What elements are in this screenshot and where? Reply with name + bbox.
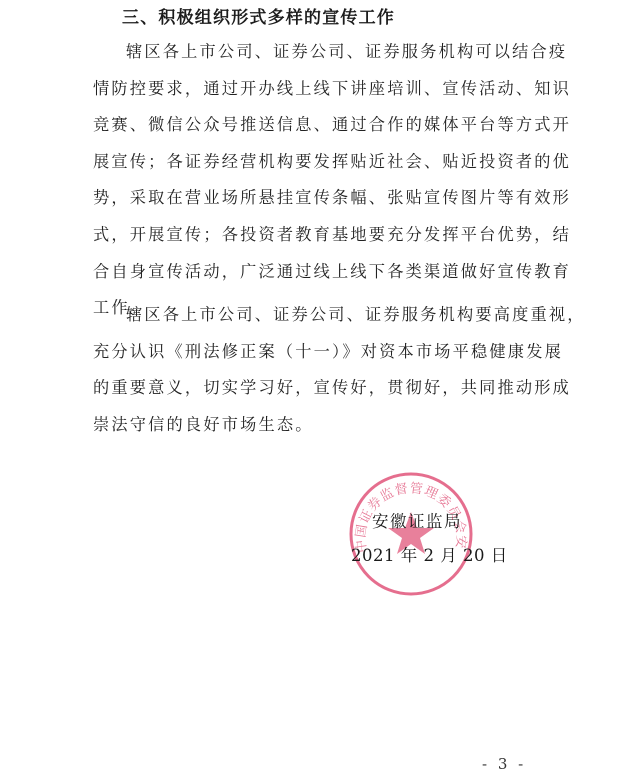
paragraph-line: 展宣传；各证券经营机构要发挥贴近社会、贴近投资者的优 xyxy=(93,144,525,181)
paragraph-line: 势，采取在营业场所悬挂宣传条幅、张贴宣传图片等有效形 xyxy=(93,180,525,217)
seal-icon: 中国证券监督管理委员会安徽监管局 xyxy=(347,470,475,598)
paragraph-line: 式，开展宣传；各投资者教育基地要充分发挥平台优势，结 xyxy=(93,217,525,254)
section-heading: 三、积极组织形式多样的宣传工作 xyxy=(122,3,395,28)
paragraph-line: 合自身宣传活动，广泛通过线上线下各类渠道做好宣传教育 xyxy=(93,254,525,291)
paragraph-line: 竞赛、微信公众号推送信息、通过合作的媒体平台等方式开 xyxy=(93,107,525,144)
paragraph-line: 辖区各上市公司、证券公司、证券服务机构要高度重视， xyxy=(93,297,525,334)
page-number: - 3 - xyxy=(482,755,526,773)
paragraph-line: 充分认识《刑法修正案（十一）》对资本市场平稳健康发展 xyxy=(93,334,525,371)
paragraph-line: 崇法守信的良好市场生态。 xyxy=(93,407,525,444)
paragraph-promotion-methods: 辖区各上市公司、证券公司、证券服务机构可以结合疫 情防控要求，通过开办线上线下讲… xyxy=(93,34,525,327)
paragraph-line: 的重要意义，切实学习好，宣传好，贯彻好，共同推动形成 xyxy=(93,370,525,407)
issue-date: 2021 年 2 月 20 日 xyxy=(351,542,508,566)
paragraph-conclusion: 辖区各上市公司、证券公司、证券服务机构要高度重视， 充分认识《刑法修正案（十一）… xyxy=(93,297,525,443)
paragraph-line: 情防控要求，通过开办线上线下讲座培训、宣传活动、知识 xyxy=(93,71,525,108)
issuer-name: 安徽证监局 xyxy=(372,508,462,532)
official-seal-stamp: 中国证券监督管理委员会安徽监管局 xyxy=(347,470,475,598)
document-page: 三、积极组织形式多样的宣传工作 辖区各上市公司、证券公司、证券服务机构可以结合疫… xyxy=(0,0,617,782)
paragraph-line: 辖区各上市公司、证券公司、证券服务机构可以结合疫 xyxy=(93,34,525,71)
